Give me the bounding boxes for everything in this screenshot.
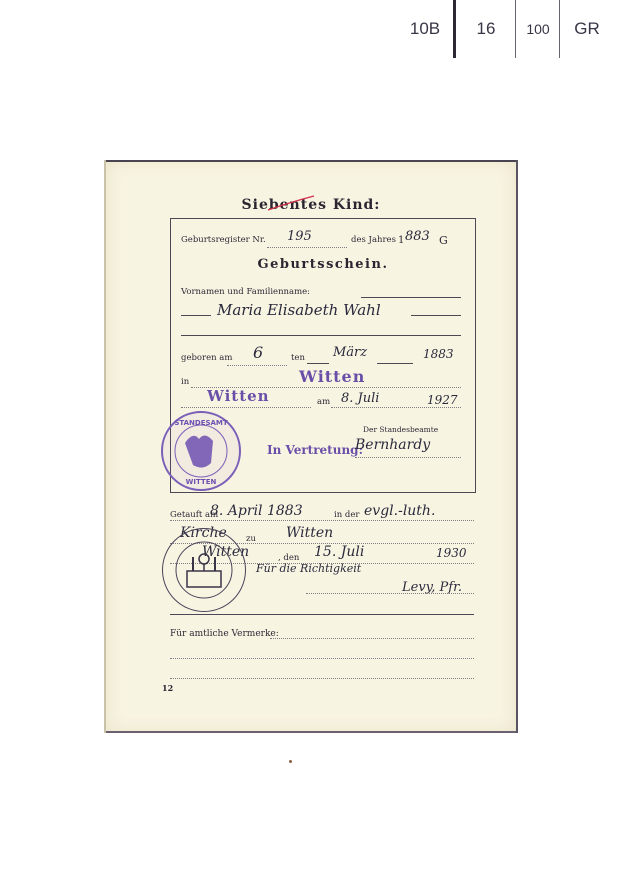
speck (289, 760, 292, 763)
svg-text:STANDESAMT: STANDESAMT (174, 419, 228, 427)
red-strike-mark (266, 194, 316, 212)
dotted-line (227, 365, 287, 366)
dotted-line (306, 593, 474, 594)
born-day: 6 (253, 343, 263, 362)
church-sign-year: 1930 (436, 546, 467, 560)
born-ten: ten (291, 353, 305, 363)
tag-divider (453, 0, 456, 58)
born-year: 1883 (423, 347, 454, 361)
archive-tag: 16 (460, 0, 512, 58)
altar-icon (163, 529, 245, 611)
in-label: in (181, 377, 189, 387)
archive-tag: 100 (518, 0, 558, 58)
baptism-date: 8. April 1883 (210, 503, 303, 519)
rule (361, 297, 461, 298)
dotted-line (331, 407, 461, 408)
registrar-label: Der Standesbeamte (363, 425, 438, 434)
name-value: Maria Elisabeth Wahl (217, 301, 381, 319)
rule (181, 315, 211, 316)
issue-place-stamp: Witten (207, 387, 270, 405)
born-label: geboren am (181, 353, 232, 363)
issue-on-label: am (317, 397, 330, 407)
rule (307, 363, 329, 364)
dotted-line (355, 457, 461, 458)
register-number: 195 (287, 229, 312, 244)
archive-tag: GR (562, 0, 612, 58)
register-suffix: G (439, 234, 448, 247)
church-sign-date: 15. Juli (314, 544, 364, 560)
rule (170, 614, 474, 615)
tag-divider (559, 0, 560, 58)
issue-year: 1927 (427, 393, 458, 407)
rule (181, 335, 461, 336)
church-seal-stamp (162, 528, 246, 612)
dotted-line (181, 407, 311, 408)
svg-text:WITTEN: WITTEN (186, 478, 217, 486)
correctness-note: Für die Richtigkeit (256, 562, 361, 575)
name-label: Vornamen und Familienname: (181, 287, 310, 297)
certificate-title: Geburtsschein. (171, 257, 475, 272)
page-edge (106, 731, 516, 733)
registry-office-stamp: STANDESAMT WITTEN (161, 411, 241, 491)
birth-certificate-frame: Geburtsregister Nr. 195 des Jahres 1 883… (170, 218, 476, 493)
rule (411, 315, 461, 316)
dotted-line (170, 658, 474, 659)
dotted-line (267, 247, 347, 248)
dotted-line (170, 520, 474, 521)
eagle-icon: STANDESAMT WITTEN (163, 413, 239, 489)
certificate-page: Siebentes Kind: Geburtsregister Nr. 195 … (104, 160, 518, 733)
archive-tag: 10B (400, 0, 450, 58)
issue-date: 8. Juli (341, 391, 379, 406)
dotted-line (170, 678, 474, 679)
church-denomination: evgl.-luth. (364, 503, 435, 519)
church-town: Witten (286, 525, 333, 541)
official-notes-label: Für amtliche Vermerke: (170, 629, 279, 639)
register-label: Geburtsregister Nr. (181, 235, 266, 245)
church-label: in der (334, 510, 359, 520)
birthplace-stamp: Witten (299, 367, 365, 386)
rule (377, 363, 413, 364)
tag-divider (515, 0, 516, 58)
register-year: 883 (405, 229, 430, 244)
dotted-line (270, 638, 474, 639)
page-edge (106, 160, 516, 162)
registrar-signature: Bernhardy (355, 437, 430, 453)
deputy-label: In Vertretung: (267, 443, 363, 457)
page-number: 12 (162, 683, 173, 693)
year-label: des Jahres (351, 235, 396, 245)
year-prefix: 1 (398, 235, 404, 246)
born-month: März (333, 345, 367, 360)
